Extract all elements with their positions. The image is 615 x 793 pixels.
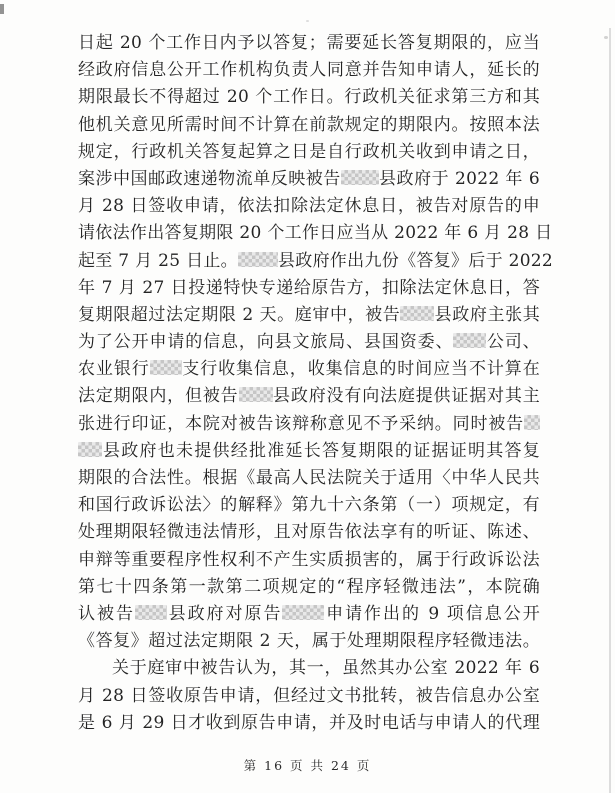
text-segment: 是 6 月 29 日才收到原告申请，并及时电话与申请人的代理: [78, 713, 540, 733]
text-line: 第七十四条第一款第二项规定的“程序轻微违法”，本院确: [78, 574, 540, 601]
redaction-block: [524, 415, 540, 430]
redaction-block: [400, 306, 434, 321]
text-line: 法定期限内，但被告县政府没有向法庭提供证据对其主: [78, 383, 540, 410]
text-segment: 期限的合法性。根据《最高人民法院关于适用〈中华人民共: [78, 468, 540, 488]
text-line: 和国行政诉讼法〉的解释》第九十六条第（一）项规定，有: [78, 492, 540, 519]
text-segment: 申辩等重要程序性权利不产生实质损害的，属于行政诉讼法: [78, 550, 540, 570]
text-segment: 和国行政诉讼法〉的解释》第九十六条第（一）项规定，有: [78, 495, 540, 515]
text-line: 日起 20 个工作日内予以答复；需要延长答复期限的，应当: [78, 30, 540, 57]
text-segment: 处理期限轻微违法情形，且对原告依法享有的听证、陈述、: [78, 522, 540, 542]
text-block: 日起 20 个工作日内予以答复；需要延长答复期限的，应当经政府信息公开工作机构负…: [78, 30, 540, 737]
text-line: 起至 7 月 25 日止。县政府作出九份《答复》后于 2022: [78, 248, 540, 275]
text-segment: 支行收集信息，收集信息的时间应当不计算在: [182, 359, 540, 379]
scan-artifact: [0, 4, 4, 14]
redaction-block: [282, 605, 324, 620]
text-segment: 县政府于 2022 年 6: [379, 169, 540, 189]
text-line: 他机关意见所需时间不计算在前款规定的期限内。按照本法: [78, 112, 540, 139]
text-line: 县政府也未提供经批准延长答复期限的证据证明其答复: [78, 438, 540, 465]
text-line: 复期限超过法定期限 2 天。庭审中，被告县政府主张其: [78, 302, 540, 329]
text-line: 经政府信息公开工作机构负责人同意并告知申请人，延长的: [78, 57, 540, 84]
scan-artifact: [306, 20, 309, 22]
text-segment: 请依法作出答复期限 20 个工作日应当从 2022 年 6 月 28 日: [78, 223, 552, 243]
text-line: 关于庭审中被告认为，其一，虽然其办公室 2022 年 6: [78, 655, 540, 682]
text-segment: 申请作出的 9 项信息公开: [324, 604, 540, 624]
text-segment: 日起 20 个工作日内予以答复；需要延长答复期限的，应当: [78, 33, 540, 53]
text-line: 请依法作出答复期限 20 个工作日应当从 2022 年 6 月 28 日: [78, 220, 540, 247]
text-segment: 月 28 日签收申请，依法扣除法定休息日，被告对原告的申: [78, 196, 540, 216]
text-line: 月 28 日签收申请，依法扣除法定休息日，被告对原告的申: [78, 193, 540, 220]
scan-artifact: [604, 36, 608, 39]
text-line: 为了公开申请的信息，向县文旅局、县国资委、公司、: [78, 329, 540, 356]
redaction-block: [150, 360, 182, 375]
redaction-block: [78, 442, 102, 457]
text-line: 农业银行支行收集信息，收集信息的时间应当不计算在: [78, 356, 540, 383]
text-segment: 关于庭审中被告认为，其一，虽然其办公室 2022 年 6: [112, 658, 540, 678]
text-line: 《答复》超过法定期限 2 天，属于处理期限程序轻微违法。: [78, 628, 540, 655]
text-segment: 月 28 日签收原告申请，但经过文书批转，被告信息办公室: [78, 686, 540, 706]
text-segment: 县政府主张其: [434, 305, 540, 325]
text-segment: 案涉中国邮政速递物流单反映被告: [78, 169, 341, 189]
text-line: 年 7 月 27 日投递特快专递给原告方，扣除法定休息日，答: [78, 275, 540, 302]
text-line: 是 6 月 29 日才收到原告申请，并及时电话与申请人的代理: [78, 710, 540, 737]
text-line: 规定，行政机关答复起算之日是自行政机关收到申请之日，: [78, 139, 540, 166]
text-line: 张进行印证，本院对被告该辩称意见不予采纳。同时被告: [78, 411, 540, 438]
text-line: 申辩等重要程序性权利不产生实质损害的，属于行政诉讼法: [78, 547, 540, 574]
text-segment: 公司、: [486, 332, 540, 352]
text-segment: 县政府对原告: [167, 604, 283, 624]
text-segment: 经政府信息公开工作机构负责人同意并告知申请人，延长的: [78, 60, 540, 80]
text-line: 认被告县政府对原告申请作出的 9 项信息公开: [78, 601, 540, 628]
text-segment: 认被告: [78, 604, 135, 624]
page-number-footer: 第 16 页 共 24 页: [0, 756, 615, 774]
text-line: 案涉中国邮政速递物流单反映被告县政府于 2022 年 6: [78, 166, 540, 193]
scan-artifact: [609, 28, 611, 793]
redaction-block: [341, 170, 379, 185]
text-segment: 张进行印证，本院对被告该辩称意见不予采纳。同时被告: [78, 414, 524, 434]
text-line: 月 28 日签收原告申请，但经过文书批转，被告信息办公室: [78, 683, 540, 710]
text-segment: 复期限超过法定期限 2 天。庭审中，被告: [78, 305, 400, 325]
text-segment: 县政府也未提供经批准延长答复期限的证据证明其答复: [102, 441, 540, 461]
text-segment: 农业银行: [78, 359, 150, 379]
text-segment: 为了公开申请的信息，向县文旅局、县国资委、: [78, 332, 453, 352]
text-segment: 县政府作出九份《答复》后于 2022: [278, 251, 553, 271]
text-segment: 起至 7 月 25 日止。: [78, 251, 238, 271]
redaction-block: [135, 605, 167, 620]
text-line: 期限最长不得超过 20 个工作日。行政机关征求第三方和其: [78, 84, 540, 111]
text-segment: 期限最长不得超过 20 个工作日。行政机关征求第三方和其: [78, 87, 540, 107]
text-segment: 《答复》超过法定期限 2 天，属于处理期限程序轻微违法。: [78, 631, 540, 651]
text-segment: 第七十四条第一款第二项规定的“程序轻微违法”，本院确: [78, 577, 540, 597]
document-page: 日起 20 个工作日内予以答复；需要延长答复期限的，应当经政府信息公开工作机构负…: [0, 0, 615, 793]
text-segment: 县政府没有向法庭提供证据对其主: [273, 386, 541, 406]
text-line: 期限的合法性。根据《最高人民法院关于适用〈中华人民共: [78, 465, 540, 492]
redaction-block: [453, 333, 486, 348]
text-segment: 规定，行政机关答复起算之日是自行政机关收到申请之日，: [78, 142, 540, 162]
redaction-block: [238, 252, 278, 267]
text-line: 处理期限轻微违法情形，且对原告依法享有的听证、陈述、: [78, 519, 540, 546]
text-segment: 法定期限内，但被告: [78, 386, 239, 406]
text-segment: 他机关意见所需时间不计算在前款规定的期限内。按照本法: [78, 115, 540, 135]
redaction-block: [239, 387, 273, 402]
text-segment: 年 7 月 27 日投递特快专递给原告方，扣除法定休息日，答: [78, 278, 540, 298]
